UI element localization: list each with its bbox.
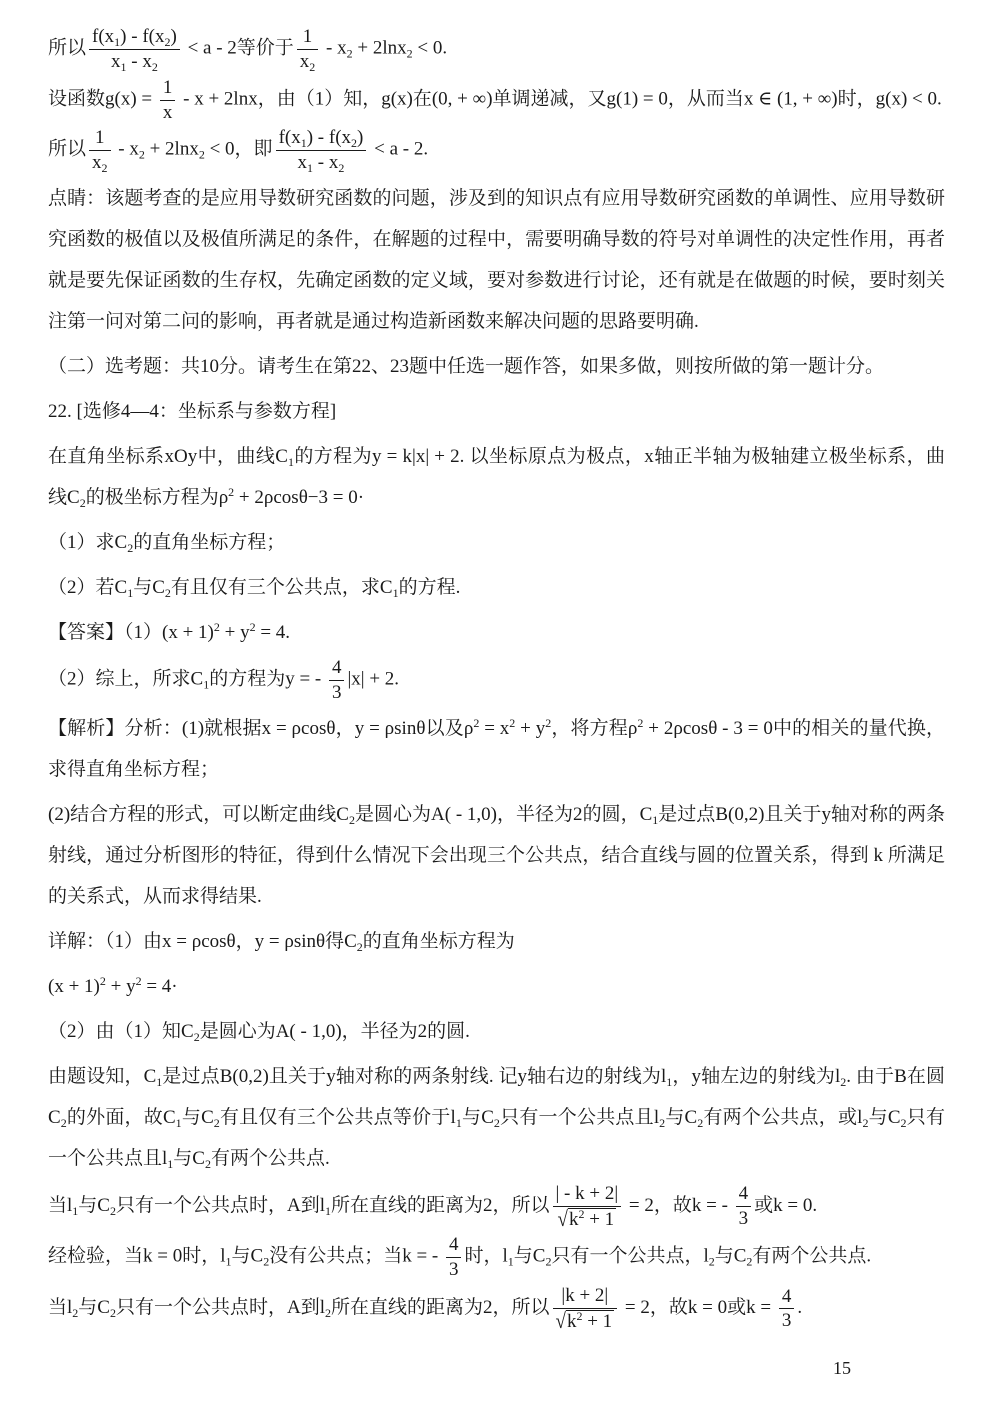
c2-rect-equation: (x + 1)2 + y2 = 4· bbox=[48, 966, 945, 1007]
question-22-statement: 在直角坐标系xOy中，曲线C1的方程为y = k|x| + 2. 以坐标原点为极… bbox=[48, 436, 945, 518]
verification-line: 经检验，当k = 0时，l1与C2没有公共点；当k = - 43时，l1与C2只… bbox=[48, 1234, 945, 1281]
answer-part1: 【答案】（1）(x + 1)2 + y2 = 4. bbox=[48, 612, 945, 653]
radical-sign: √ bbox=[556, 1309, 566, 1334]
analysis-part2: (2)结合方程的形式，可以断定曲线C2是圆心为A( - 1,0)，半径为2的圆，… bbox=[48, 794, 945, 917]
question-22-part1: （1）求C2的直角坐标方程； bbox=[48, 522, 945, 563]
fraction: 43 bbox=[736, 1183, 752, 1230]
fraction: f(x1) - f(x2)x1 - x2 bbox=[89, 26, 180, 73]
fraction: |k + 2|√k2 + 1 bbox=[553, 1285, 618, 1333]
key-point-note: 点睛：该题考查的是应用导数研究函数的问题，涉及到的知识点有应用导数研究函数的单调… bbox=[48, 178, 945, 342]
question-22-part2: （2）若C1与C2有且仅有三个公共点，求C1的方程. bbox=[48, 567, 945, 608]
fraction: 1x2 bbox=[297, 26, 319, 73]
fraction: 43 bbox=[329, 657, 345, 704]
fraction: 1x bbox=[160, 77, 176, 124]
square-root: √k2 + 1 bbox=[558, 1209, 617, 1230]
analysis-part1: 【解析】分析：(1)就根据x = ρcosθ，y = ρsinθ以及ρ2 = x… bbox=[48, 708, 945, 790]
detail-part1-intro: 详解：（1）由x = ρcosθ，y = ρsinθ得C2的直角坐标方程为 bbox=[48, 921, 945, 962]
fraction: 43 bbox=[779, 1286, 795, 1333]
fraction: 43 bbox=[446, 1234, 462, 1281]
proof-conclusion-line: 所以1x2 - x2 + 2lnx2 < 0，即f(x1) - f(x2)x1 … bbox=[48, 127, 945, 174]
fraction: | - k + 2|√k2 + 1 bbox=[553, 1183, 622, 1231]
question-22-title: 22. [选修4—4：坐标系与参数方程] bbox=[48, 391, 945, 432]
detail-rays-setup: 由题设知，C1是过点B(0,2)且关于y轴对称的两条射线. 记y轴右边的射线为l… bbox=[48, 1056, 945, 1179]
case-l1-tangent: 当l1与C2只有一个公共点时，A到l1所在直线的距离为2，所以| - k + 2… bbox=[48, 1183, 945, 1231]
fraction: f(x1) - f(x2)x1 - x2 bbox=[276, 127, 367, 174]
document-page: 所以f(x1) - f(x2)x1 - x2 < a - 2等价于1x2 - x… bbox=[0, 0, 992, 1403]
case-l2-tangent: 当l2与C2只有一个公共点时，A到l2所在直线的距离为2，所以|k + 2|√k… bbox=[48, 1285, 945, 1333]
answer-part2: （2）综上，所求C1的方程为y = - 43|x| + 2. bbox=[48, 657, 945, 704]
square-root: √k2 + 1 bbox=[556, 1311, 615, 1332]
proof-equivalence-line: 所以f(x1) - f(x2)x1 - x2 < a - 2等价于1x2 - x… bbox=[48, 26, 945, 73]
fraction: 1x2 bbox=[89, 127, 111, 174]
detail-part2-circle: （2）由（1）知C2是圆心为A( - 1,0)，半径为2的圆. bbox=[48, 1011, 945, 1052]
radical-sign: √ bbox=[558, 1207, 568, 1232]
optional-question-instructions: （二）选考题：共10分。请考生在第22、23题中任选一题作答，如果多做，则按所做… bbox=[48, 346, 945, 387]
define-g-function-line: 设函数g(x) = 1x - x + 2lnx，由（1）知，g(x)在(0, +… bbox=[48, 77, 945, 124]
page-number: 15 bbox=[833, 1354, 851, 1382]
